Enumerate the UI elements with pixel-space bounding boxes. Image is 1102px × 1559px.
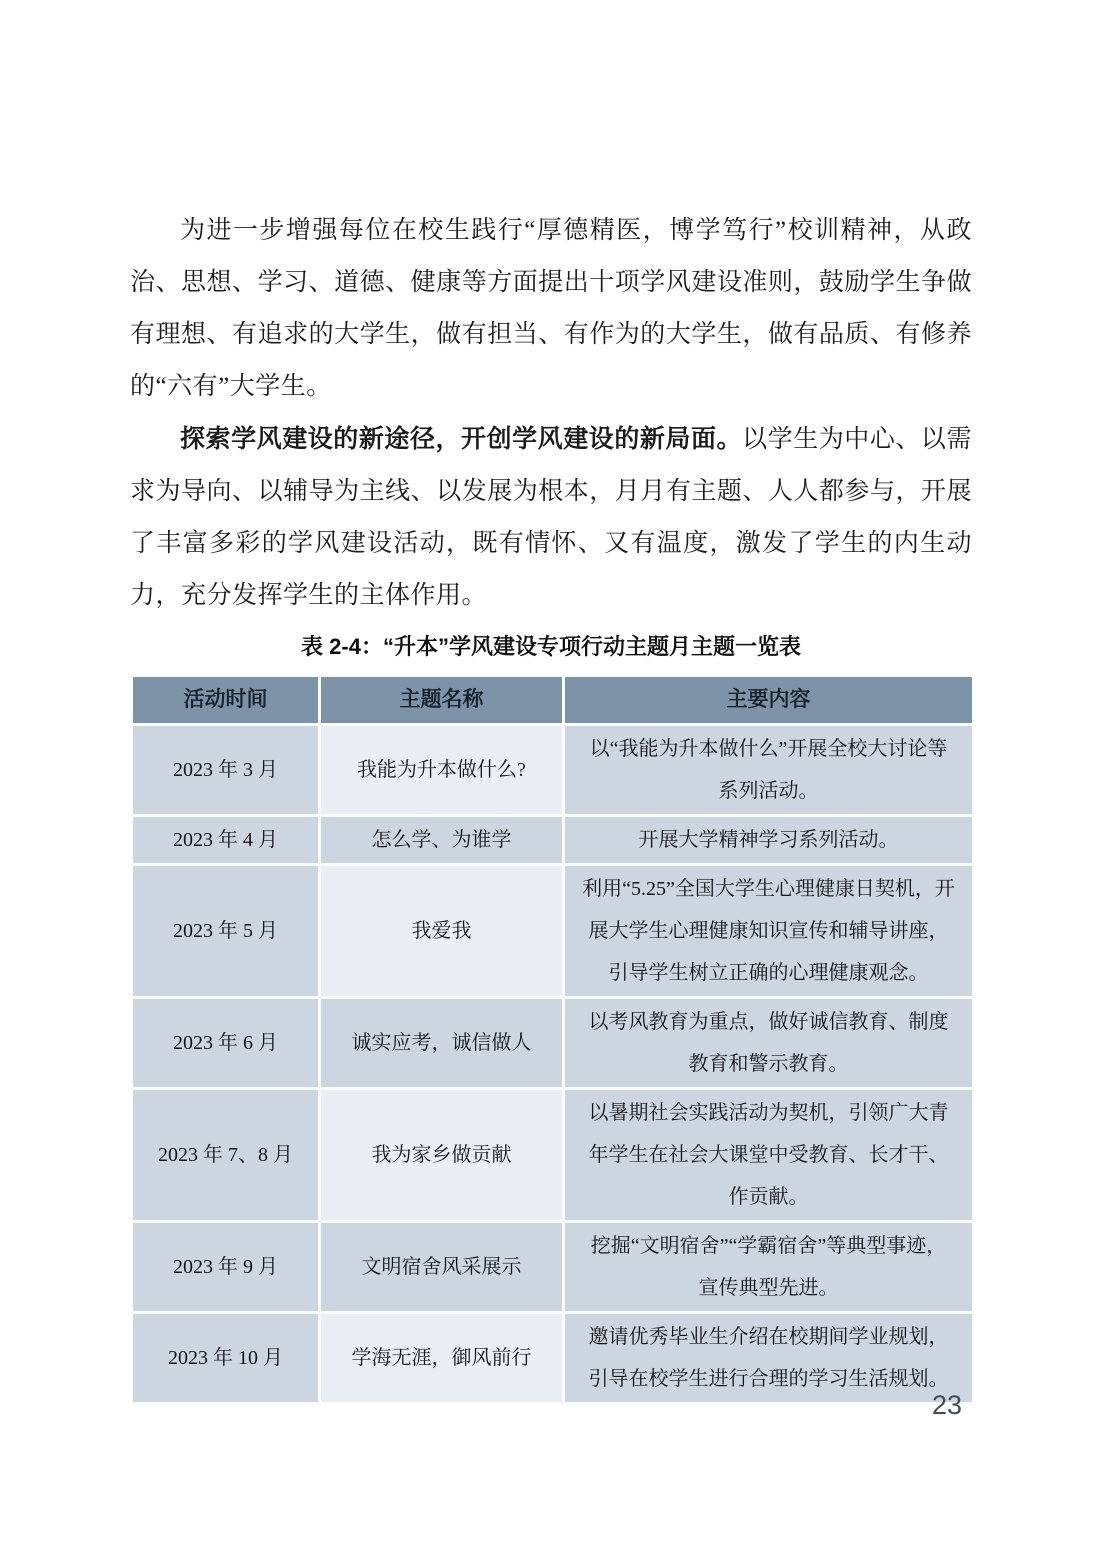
page-body: 为进一步增强每位在校生践行“厚德精医，博学笃行”校训精神，从政治、思想、学习、道… — [0, 0, 1102, 1405]
cell-content: 邀请优秀毕业生介绍在校期间学业规划，引导在校学生进行合理的学习生活规划。 — [564, 1313, 974, 1404]
theme-month-table: 活动时间 主题名称 主要内容 2023 年 3 月 我能为升本做什么? 以“我能… — [130, 674, 975, 1405]
cell-content: 开展大学精神学习系列活动。 — [564, 816, 974, 865]
table-caption: 表 2-4：“升本”学风建设专项行动主题月主题一览表 — [130, 630, 972, 661]
cell-time: 2023 年 4 月 — [132, 816, 320, 865]
cell-time: 2023 年 6 月 — [132, 998, 320, 1089]
cell-content: 以暑期社会实践活动为契机，引领广大青年学生在社会大课堂中受教育、长才干、作贡献。 — [564, 1089, 974, 1222]
table-body: 2023 年 3 月 我能为升本做什么? 以“我能为升本做什么”开展全校大讨论等… — [132, 725, 974, 1404]
cell-theme: 学海无涯，御风前行 — [320, 1313, 564, 1404]
cell-time: 2023 年 7、8 月 — [132, 1089, 320, 1222]
cell-time: 2023 年 10 月 — [132, 1313, 320, 1404]
header-theme-name: 主题名称 — [320, 676, 564, 725]
cell-time: 2023 年 5 月 — [132, 865, 320, 998]
table-header: 活动时间 主题名称 主要内容 — [132, 676, 974, 725]
cell-theme: 诚实应考，诚信做人 — [320, 998, 564, 1089]
table-row: 2023 年 7、8 月 我为家乡做贡献 以暑期社会实践活动为契机，引领广大青年… — [132, 1089, 974, 1222]
cell-theme: 我爱我 — [320, 865, 564, 998]
cell-time: 2023 年 9 月 — [132, 1222, 320, 1313]
cell-content: 利用“5.25”全国大学生心理健康日契机，开展大学生心理健康知识宣传和辅导讲座，… — [564, 865, 974, 998]
cell-theme: 文明宿舍风采展示 — [320, 1222, 564, 1313]
cell-content: 以“我能为升本做什么”开展全校大讨论等系列活动。 — [564, 725, 974, 816]
cell-theme: 我能为升本做什么? — [320, 725, 564, 816]
paragraph-exploration-text: 以学生为中心、以需求为导向、以辅导为主线、以发展为根本，月月有主题、人人都参与，… — [130, 426, 972, 609]
cell-content: 挖掘“文明宿舍”“学霸宿舍”等典型事迹，宣传典型先进。 — [564, 1222, 974, 1313]
table-row: 2023 年 4 月 怎么学、为谁学 开展大学精神学习系列活动。 — [132, 816, 974, 865]
table-row: 2023 年 9 月 文明宿舍风采展示 挖掘“文明宿舍”“学霸宿舍”等典型事迹，… — [132, 1222, 974, 1313]
table-row: 2023 年 3 月 我能为升本做什么? 以“我能为升本做什么”开展全校大讨论等… — [132, 725, 974, 816]
table-header-row: 活动时间 主题名称 主要内容 — [132, 676, 974, 725]
paragraph-intro: 为进一步增强每位在校生践行“厚德精医，博学笃行”校训精神，从政治、思想、学习、道… — [130, 205, 972, 413]
cell-time: 2023 年 3 月 — [132, 725, 320, 816]
header-activity-time: 活动时间 — [132, 676, 320, 725]
paragraph-intro-text: 为进一步增强每位在校生践行“厚德精医，博学笃行”校训精神，从政治、思想、学习、道… — [130, 217, 972, 400]
paragraph-exploration-lead: 探索学风建设的新途径，开创学风建设的新局面。 — [180, 425, 742, 453]
cell-theme: 我为家乡做贡献 — [320, 1089, 564, 1222]
page-number: 23 — [932, 1390, 962, 1421]
cell-content: 以考风教育为重点，做好诚信教育、制度教育和警示教育。 — [564, 998, 974, 1089]
table-row: 2023 年 10 月 学海无涯，御风前行 邀请优秀毕业生介绍在校期间学业规划，… — [132, 1313, 974, 1404]
table-row: 2023 年 6 月 诚实应考，诚信做人 以考风教育为重点，做好诚信教育、制度教… — [132, 998, 974, 1089]
paragraph-exploration: 探索学风建设的新途径，开创学风建设的新局面。以学生为中心、以需求为导向、以辅导为… — [130, 413, 972, 622]
header-main-content: 主要内容 — [564, 676, 974, 725]
table-row: 2023 年 5 月 我爱我 利用“5.25”全国大学生心理健康日契机，开展大学… — [132, 865, 974, 998]
cell-theme: 怎么学、为谁学 — [320, 816, 564, 865]
